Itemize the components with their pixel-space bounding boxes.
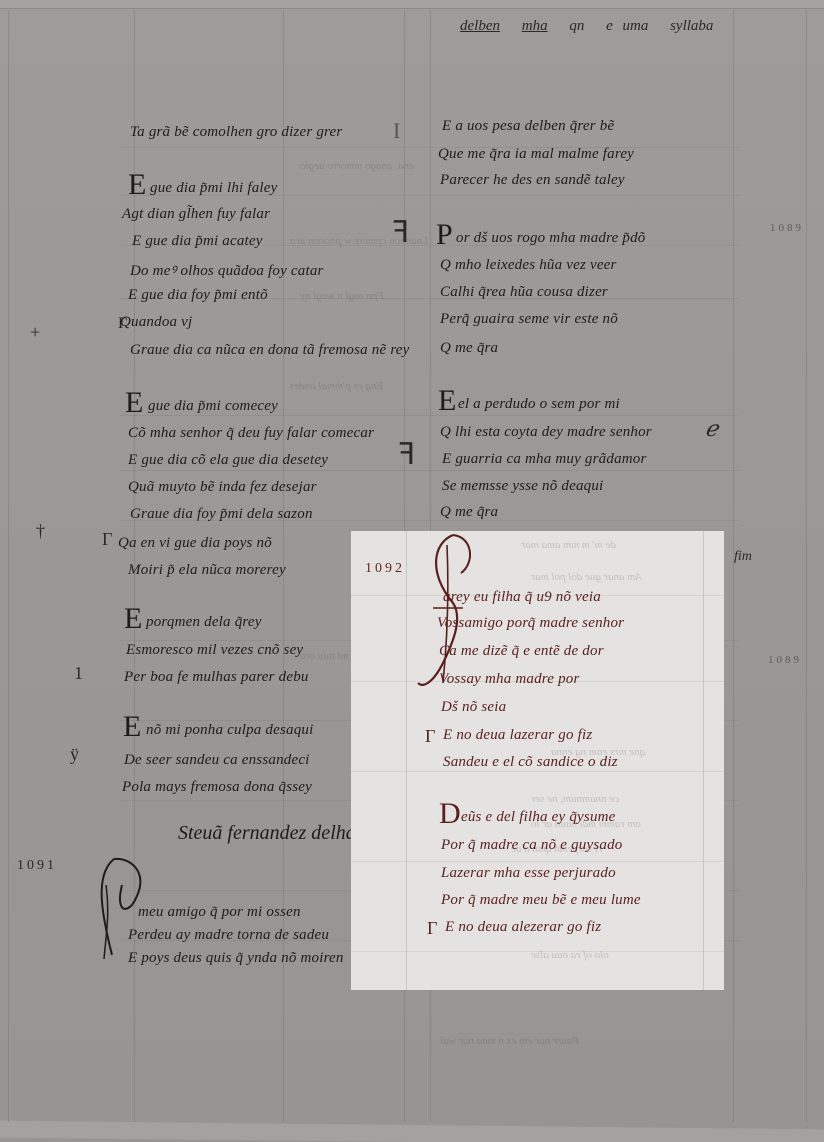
margin-bracket-mark: I [393,120,400,142]
ruling-line [806,10,807,1122]
verse-line: E no deua lazerar go fiz [443,727,592,744]
verse-line: De seer sandeu ca enssandeci [124,752,310,769]
verse-line: Vossamigo porq̃ madre senhor [437,615,624,632]
verse-line: el a perdudo o sem por mi [458,396,620,413]
margin-mark-e: ℯ [705,418,718,440]
margin-note-fim: fim [734,550,752,564]
margin-bracket-mark: ꟻ [392,218,409,248]
verse-line: Per boa fe mulhas parer debu [124,669,309,686]
verse-line: E gue dia cõ ela gue dia desetey [128,452,328,469]
margin-letter-mark: ÿ [70,745,79,763]
verse-line: E gue dia p̃mi acatey [132,233,263,250]
verse-line: Parecer he des en sandẽ taley [440,172,625,189]
verse-line: Dš nõ seia [441,699,506,716]
header-word: syllaba [670,18,713,34]
verse-line: Ca me dizẽ q̃ e entẽ de dor [439,643,604,660]
verse-line: Q lhi esta coyta dey madre senhor [440,424,652,441]
verse-line: Pola mays fremosa dona q̃ssey [122,779,312,796]
margin-cross-mark: + [30,323,40,341]
decorated-initial-p-icon [413,533,483,693]
verse-line: nõ mi ponha culpa desaqui [146,722,314,739]
margin-bracket-mark: ꟻ [398,440,415,470]
verse-line: E gue dia foy p̃mi entõ [128,287,268,304]
verse-line: Quã muyto bẽ inda fez desejar [128,479,317,496]
verse-line: Por q̃ madre ca nõ e guysado [441,837,622,854]
bleed-through-text: ce nnamnum, ne ser [531,793,619,805]
verse-line: Perq̃ guaira seme vir este nõ [440,311,618,328]
initial-letter: D [439,799,461,829]
verse-line: Graue dia ca nũca en dona tã fremosa nẽ … [130,342,410,359]
folio-number-left: 1091 [17,858,57,874]
verse-line: Que me q̃ra ia mal malme farey [438,146,634,163]
bleed-through-text: Eng es p'mmal andes [290,380,383,392]
verse-line: Calhi q̃rea hũa cousa dizer [440,284,608,301]
verse-line: eũs e del filha ey q̃ysume [461,809,616,826]
initial-letter: E [123,712,141,742]
bleed-through-text: de m' m mm ama mar [521,539,616,551]
folio-number-highlight: 1092 [365,561,405,577]
initial-letter: E [128,170,146,200]
author-rubric: Steuã fernandez delhas [178,822,364,845]
verse-line: Graue dia foy p̃mi dela sazon [130,506,313,523]
verse-line: Se memsse ysse nõ deaqui [442,478,603,495]
page-bottom-edge [0,1121,824,1142]
faint-folio-number: 1089 [770,222,804,234]
header-word: uma [623,18,649,34]
ruling-line [120,415,740,416]
verse-line: Ta grã bẽ comolhen gro dizer grer [130,124,342,141]
verse-line: E a uos pesa delben q̃rer bẽ [442,118,614,135]
initial-letter: E [125,388,143,418]
initial-letter: E [124,604,142,634]
verse-line: Do meꝰ olhos quãdoa foy catar [130,260,324,280]
highlighted-region: de m' m mm ama mar Am anar gue dol pol m… [351,531,724,990]
verse-line: meu amigo q̃ por mi ossen [138,904,301,921]
verse-line: Cõ mha senhor q̃ deu fuy falar comecar [128,425,374,442]
page-top-edge [0,0,824,9]
bleed-through-text: olo of ra ouu alse [531,949,609,961]
verse-line: or dš uos rogo mha madre p̃dõ [456,230,646,247]
verse-line: Qa en vi gue dia poys nõ [118,535,272,552]
verse-line: E no deua alezerar go fiz [445,919,601,936]
verse-line: Perdeu ay madre torna de sadeu [128,927,329,944]
verse-line: E poys deus quis q̃ ynda nõ moiren [128,950,344,967]
bleed-through-text: Epn rogi n wagi ny [300,290,384,302]
verse-line: Quandoa vj [120,314,192,331]
bleed-through-text: Pnarr nur em ex n mna nur wai [440,1035,579,1047]
margin-number-mark: 1 [74,664,83,682]
initial-letter: P [436,220,453,250]
verse-line: Q me q̃ra [440,340,498,357]
ruling-line [120,147,740,148]
margin-bracket-mark: Γ [427,919,437,937]
header-annotation: delben mha qn e uma syllaba [460,18,731,35]
verse-line: Vossay mha madre por [439,671,580,688]
margin-bracket-mark: Γ [425,727,435,745]
verse-line: Agt dian gl̃hen fuy falar [122,206,270,223]
margin-bracket-mark: Γ [102,530,112,548]
verse-line: Q me q̃ra [440,504,498,521]
faint-folio-number: 1089 [768,654,802,666]
ruling-line [406,531,407,990]
header-word: mha [522,18,548,34]
manuscript-page: ena. anago mmorro uegio Lnannon cpmore w… [0,0,824,1142]
initial-letter: E [438,386,456,416]
margin-dagger-mark: † [36,522,45,540]
header-word: delben [460,18,500,34]
verse-line: Moiri p̃ ela nũca morerey [128,562,286,579]
verse-line: porqmen dela q̃rey [146,614,262,631]
verse-line: Lazerar mha esse perjurado [441,865,616,882]
verse-line: Sandeu e el cõ sandice o diz [443,754,618,771]
verse-line: E guarria ca mha muy grãdamor [442,451,647,468]
ruling-line [703,531,704,990]
verse-line: Q mho leixedes hũa vez veer [440,257,617,274]
bleed-through-text: ena. anago mmorro uegio [300,160,414,172]
ruling-line [120,470,740,471]
ruling-line [8,10,9,1122]
verse-line: gue dia p̃mi comecey [148,398,278,415]
verse-line: Por q̃ madre meu bẽ e meu lume [441,892,641,909]
verse-line: arey eu filha q̃ u9 nõ veia [443,589,601,606]
header-word: e [606,18,613,34]
header-word: qn [569,18,584,34]
ruling-line [733,10,734,1122]
bleed-through-text: Am anar gue dol pol mar [531,571,642,583]
verse-line: Esmoresco mil vezes cnõ sey [126,642,303,659]
verse-line: gue dia p̃mi lhi faley [150,180,278,197]
